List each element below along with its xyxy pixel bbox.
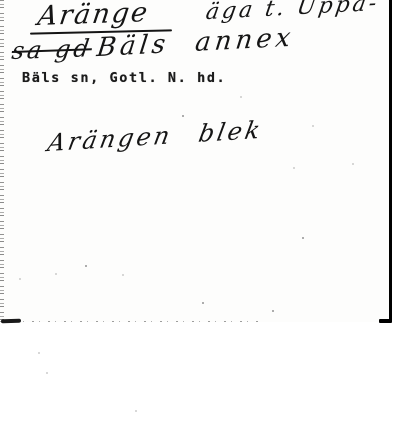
scan-speck	[182, 115, 184, 117]
typed-parish-line: Bäls sn, Gotl. N. hd.	[22, 70, 226, 86]
scanned-card: Aränge äga t. Uppa- sa gd Bäls annex Bäl…	[0, 0, 400, 442]
scan-speck	[55, 273, 57, 275]
bottom-edge-smudge	[1, 319, 21, 324]
card-bottom-edge	[0, 321, 260, 322]
scan-speck	[19, 278, 21, 280]
scan-speck	[46, 372, 48, 374]
scan-speck	[352, 163, 354, 165]
scan-speck	[272, 310, 274, 312]
scan-speck	[312, 125, 314, 127]
scan-speck	[293, 167, 295, 169]
scan-speck	[85, 265, 87, 267]
scan-speck	[240, 96, 242, 98]
scan-speck	[135, 410, 137, 412]
scan-speck	[302, 237, 304, 239]
card-right-edge-hook	[379, 319, 392, 323]
left-scan-noise	[0, 0, 4, 323]
scan-speck	[202, 302, 204, 304]
scan-speck	[38, 352, 40, 354]
card-right-edge	[389, 0, 392, 322]
scan-speck	[122, 274, 124, 276]
title-handwritten: Aränge	[36, 0, 151, 32]
crossedout-handwritten: sa gd	[10, 34, 94, 65]
